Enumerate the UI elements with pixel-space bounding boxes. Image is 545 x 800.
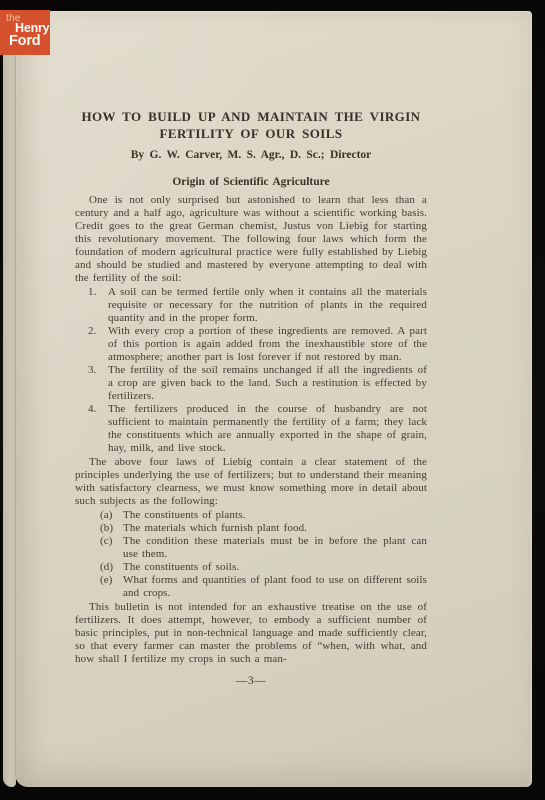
list-item-number: 1.: [88, 286, 108, 325]
page-number: —3—: [75, 675, 427, 688]
middle-paragraph: The above four laws of Liebig contain a …: [75, 456, 427, 508]
scan-background: HOW TO BUILD UP AND MAINTAIN THE VIRGIN …: [0, 0, 545, 800]
document-title: HOW TO BUILD UP AND MAINTAIN THE VIRGIN …: [75, 11, 427, 142]
list-item-number: 2.: [88, 325, 108, 364]
list-item-text: The fertilizers produced in the course o…: [108, 403, 427, 455]
subjects-list: (a) The constituents of plants. (b) The …: [75, 509, 427, 600]
list-item: (d) The constituents of soils.: [100, 561, 427, 574]
list-item-letter: (a): [100, 509, 123, 522]
list-item-text: The constituents of plants.: [123, 509, 427, 522]
list-item-text: What forms and quantities of plant food …: [123, 574, 427, 600]
list-item: 1. A soil can be termed fertile only whe…: [88, 286, 427, 325]
laws-list: 1. A soil can be termed fertile only whe…: [75, 286, 427, 455]
logo-text-ford: Ford: [9, 34, 40, 49]
list-item: 4. The fertilizers produced in the cours…: [88, 403, 427, 455]
list-item-letter: (e): [100, 574, 123, 600]
document-page: HOW TO BUILD UP AND MAINTAIN THE VIRGIN …: [15, 11, 532, 787]
list-item-text: The condition these materials must be in…: [123, 535, 427, 561]
document-title-line2: FERTILITY OF OUR SOILS: [75, 125, 427, 142]
henry-ford-logo: the Henry Ford: [0, 10, 50, 55]
list-item-letter: (b): [100, 522, 123, 535]
intro-paragraph: One is not only surprised but astonished…: [75, 194, 427, 285]
list-item: (b) The materials which furnish plant fo…: [100, 522, 427, 535]
list-item: 3. The fertility of the soil remains unc…: [88, 364, 427, 403]
list-item-number: 4.: [88, 403, 108, 455]
list-item: 2. With every crop a portion of these in…: [88, 325, 427, 364]
document-body: One is not only surprised but astonished…: [75, 194, 427, 688]
document-title-line1: HOW TO BUILD UP AND MAINTAIN THE VIRGIN: [75, 108, 427, 125]
closing-paragraph: This bulletin is not intended for an exh…: [75, 601, 427, 666]
section-heading: Origin of Scientific Agriculture: [75, 175, 427, 189]
list-item-text: The materials which furnish plant food.: [123, 522, 427, 535]
list-item-text: The fertility of the soil remains unchan…: [108, 364, 427, 403]
list-item-number: 3.: [88, 364, 108, 403]
document-text-column: HOW TO BUILD UP AND MAINTAIN THE VIRGIN …: [75, 11, 427, 688]
document-byline: By G. W. Carver, M. S. Agr., D. Sc.; Dir…: [75, 148, 427, 163]
list-item-letter: (c): [100, 535, 123, 561]
list-item: (c) The condition these materials must b…: [100, 535, 427, 561]
list-item-text: The constituents of soils.: [123, 561, 427, 574]
list-item-text: A soil can be termed fertile only when i…: [108, 286, 427, 325]
list-item: (a) The constituents of plants.: [100, 509, 427, 522]
list-item-letter: (d): [100, 561, 123, 574]
list-item: (e) What forms and quantities of plant f…: [100, 574, 427, 600]
list-item-text: With every crop a portion of these ingre…: [108, 325, 427, 364]
